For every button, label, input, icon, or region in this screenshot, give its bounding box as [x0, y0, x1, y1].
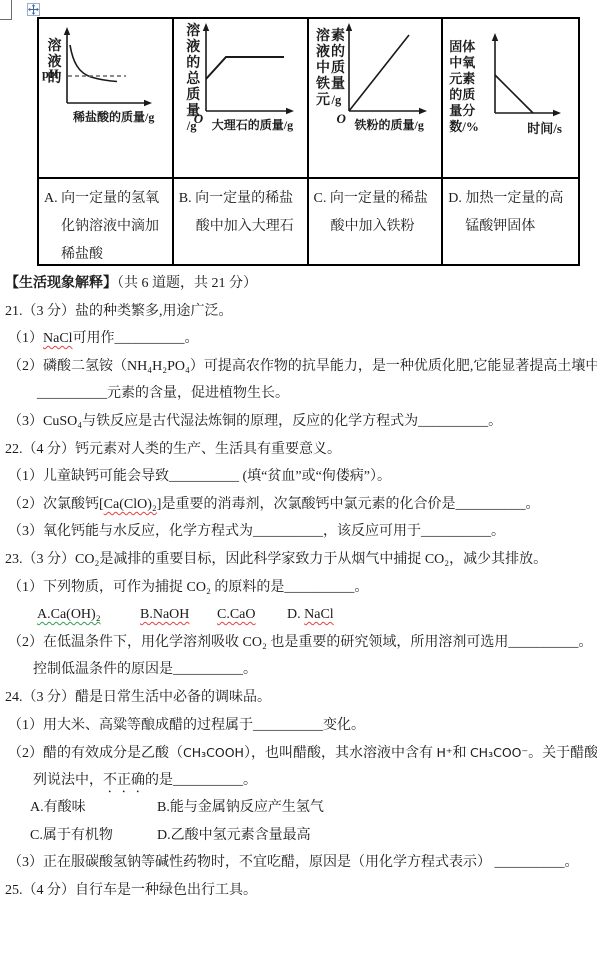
graph-c-y-unit: /g — [332, 93, 342, 108]
section-header: 【生活现象解释】（共 6 道题，共 21 分） — [0, 270, 597, 298]
text-segment: 和 — [452, 746, 470, 761]
q24-part1: （1）用大米、高粱等酿成醋的过程属于__________变化。 — [0, 712, 597, 740]
q23-part1: （1）下列物质，可作为捕捉 CO₂ 的原料的是__________。 — [0, 574, 597, 602]
text-segment: B.NaOH — [140, 601, 217, 629]
text-segment: ），也叫醋酸，其水溶液中含有 — [244, 746, 437, 761]
graph-c-y-label-col2: 素的质量 — [331, 29, 346, 93]
text-segment: 23.（3 分）CO₂是减排的重要目标，因此科学家致力于从烟气中捕捉 CO₂，减… — [5, 552, 547, 567]
q24-part2-line1: （2）醋的有效成分是乙酸（CH₃COOH），也叫醋酸，其水溶液中含有 H⁺和 C… — [0, 739, 597, 767]
figure-option-table: 溶液的 pH 稀盐酸的质量/g 溶液的总质量 /g O 大理石的质量/g 溶液中… — [37, 17, 580, 266]
text-segment: A.有酸味 — [30, 794, 157, 822]
text-segment: 的是__________。 — [145, 773, 257, 788]
text-segment: ]是重要的消毒剂，次氯酸钙中氯元素的化合价是__________。 — [157, 497, 540, 512]
text-segment: A.Ca(OH)₂ — [37, 601, 140, 629]
q23-options: A.Ca(OH)₂B.NaOHC.CaOD. NaCl — [0, 601, 597, 629]
text-segment: （3）CuSO₄与铁反应是古代湿法炼铜的原理，反应的化学方程式为________… — [8, 414, 502, 429]
q23-part2-line1: （2）在低温条件下，用化学溶剂吸收 CO₂ 也是重要的研究领域，所用溶剂可选用_… — [0, 629, 597, 657]
text-segment: （1）儿童缺钙可能会导致__________ (填“贫血”或“佝偻病”）。 — [8, 469, 391, 484]
text-segment: H⁺ — [436, 745, 452, 760]
q21-part1: （1）NaCl可用作__________。 — [0, 325, 597, 353]
graph-d-x-label: 时间/s — [527, 118, 562, 137]
graph-c-cell: 溶液中铁元 素的质量 /g O 铁粉的质量/g — [309, 19, 444, 179]
q25-head: 25.（4 分）自行车是一种绿色出行工具。 — [0, 877, 597, 905]
q21-head: 21.（3 分）盐的种类繁多,用途广泛。 — [0, 298, 597, 326]
text-segment: （2）醋的有效成分是乙酸（ — [8, 746, 183, 761]
q22-part1: （1）儿童缺钙可能会导致__________ (填“贫血”或“佝偻病”）。 — [0, 463, 597, 491]
graph-b-origin: O — [194, 111, 203, 127]
text-segment: 21.（3 分）盐的种类繁多,用途广泛。 — [5, 304, 233, 319]
text-segment: __________元素的含量，促进植物生长。 — [37, 386, 289, 401]
text-segment: Ca(ClO)₂ — [104, 497, 157, 512]
q21-part2-line2: __________元素的含量，促进植物生长。 — [0, 380, 597, 408]
q21-part2-line1: （2）磷酸二氢铵（NH₄H₂PO₄）可提高农作物的抗旱能力，是一种优质化肥,它能… — [0, 353, 597, 381]
q23-part2-line2: 控制低温条件的原因是__________。 — [0, 656, 597, 684]
text-segment: C.CaO — [217, 601, 287, 629]
text-segment: B.能与金属钠反应产生氢气 — [157, 800, 324, 815]
text-segment: NaCl — [43, 331, 73, 346]
option-c-caption: C. 向一定量的稀盐酸中加入铁粉 — [309, 179, 444, 264]
text-segment: （2）次氯酸钙[ — [8, 497, 104, 512]
text-segment: 列说法中， — [33, 773, 103, 788]
text-segment: 【生活现象解释】 — [5, 276, 117, 291]
text-segment: 24.（3 分）醋是日常生活中必备的调味品。 — [5, 690, 271, 705]
graph-b-cell: 溶液的总质量 /g O 大理石的质量/g — [174, 19, 309, 179]
text-segment: 25.（4 分）自行车是一种绿色出行工具。 — [5, 883, 257, 898]
text-segment: D.乙酸中氢元素含量最高 — [157, 828, 311, 843]
exam-page: { "page": {"background": "#ffffff", "tex… — [0, 0, 597, 955]
q24-part2-line2: 列说法中，不正确的是__________。 — [0, 767, 597, 795]
graph-b-y-label: 溶液的总质量 — [186, 24, 201, 120]
text-segment: （3）正在服碳酸氢钠等碱性药物时，不宜吃醋，原因是（用化学方程式表示） ____… — [8, 855, 579, 870]
option-d-caption: D. 加热一定量的高锰酸钾固体 — [443, 179, 578, 264]
graph-d-cell: 固体中氧元素的质量分数/% 时间/s — [443, 19, 578, 179]
text-segment: CH₃COOH — [183, 745, 244, 760]
graph-a-cell: 溶液的 pH 稀盐酸的质量/g — [39, 19, 174, 179]
graph-d-y-label: 固体中氧元素的质量分数/% — [449, 39, 479, 135]
q24-options-cd: C.属于有机物D.乙酸中氢元素含量最高 — [0, 822, 597, 850]
text-segment: 22.（4 分）钙元素对人类的生产、生活具有重要意义。 — [5, 442, 341, 457]
text-boundary-corner-mark — [0, 0, 12, 20]
q24-part3: （3）正在服碳酸氢钠等碱性药物时，不宜吃醋，原因是（用化学方程式表示） ____… — [0, 849, 597, 877]
text-segment: （共 6 道题，共 21 分） — [117, 276, 257, 291]
text-segment: （1）下列物质，可作为捕捉 CO₂ 的原料的是__________。 — [8, 580, 368, 595]
text-segment: （2）磷酸二氢铵（NH₄H₂PO₄）可提高农作物的抗旱能力，是一种优质化肥,它能… — [8, 359, 597, 374]
text-segment: C.属于有机物 — [30, 822, 157, 850]
q21-part3: （3）CuSO₄与铁反应是古代湿法炼铜的原理，反应的化学方程式为________… — [0, 408, 597, 436]
graph-a-y-label-ph: pH — [42, 67, 59, 82]
text-segment: CH₃COO⁻ — [470, 745, 528, 760]
q22-part2: （2）次氯酸钙[Ca(ClO)₂]是重要的消毒剂，次氯酸钙中氯元素的化合价是__… — [0, 491, 597, 519]
graph-a-x-label: 稀盐酸的质量/g — [73, 108, 154, 125]
text-segment: 可用作__________。 — [73, 331, 199, 346]
graph-b-x-label: 大理石的质量/g — [212, 116, 293, 133]
q24-head: 24.（3 分）醋是日常生活中必备的调味品。 — [0, 684, 597, 712]
text-segment: NaCl — [304, 607, 334, 622]
graph-c-origin: O — [337, 111, 346, 127]
q24-options-ab: A.有酸味B.能与金属钠反应产生氢气 — [0, 794, 597, 822]
text-segment: 控制低温条件的原因是__________。 — [33, 662, 257, 677]
text-segment: （3）氧化钙能与水反应，化学方程式为__________，该反应可用于_____… — [8, 524, 505, 539]
graph-c-x-label: 铁粉的质量/g — [355, 116, 424, 133]
q23-head: 23.（3 分）CO₂是减排的重要目标，因此科学家致力于从烟气中捕捉 CO₂，减… — [0, 546, 597, 574]
option-a-caption: A. 向一定量的氢氧化钠溶液中滴加稀盐酸 — [39, 179, 174, 264]
q22-part3: （3）氧化钙能与水反应，化学方程式为__________，该反应可用于_____… — [0, 518, 597, 546]
text-segment: 。关于醋酸的下 — [528, 746, 597, 761]
text-segment: （1）用大米、高粱等酿成醋的过程属于__________变化。 — [8, 718, 365, 733]
text-segment: D. — [287, 607, 304, 622]
text-segment: 不正确 — [103, 773, 145, 788]
text-segment: （2）在低温条件下，用化学溶剂吸收 CO₂ 也是重要的研究领域，所用溶剂可选用_… — [8, 635, 592, 650]
q22-head: 22.（4 分）钙元素对人类的生产、生活具有重要意义。 — [0, 436, 597, 464]
question-body: 【生活现象解释】（共 6 道题，共 21 分） 21.（3 分）盐的种类繁多,用… — [0, 270, 597, 905]
graph-c-y-label-col1: 溶液中铁元 — [316, 29, 331, 109]
option-b-caption: B. 向一定量的稀盐酸中加入大理石 — [174, 179, 309, 264]
move-cross-icon — [28, 4, 39, 15]
table-move-handle-icon[interactable] — [27, 3, 40, 16]
text-segment: （1） — [8, 331, 43, 346]
